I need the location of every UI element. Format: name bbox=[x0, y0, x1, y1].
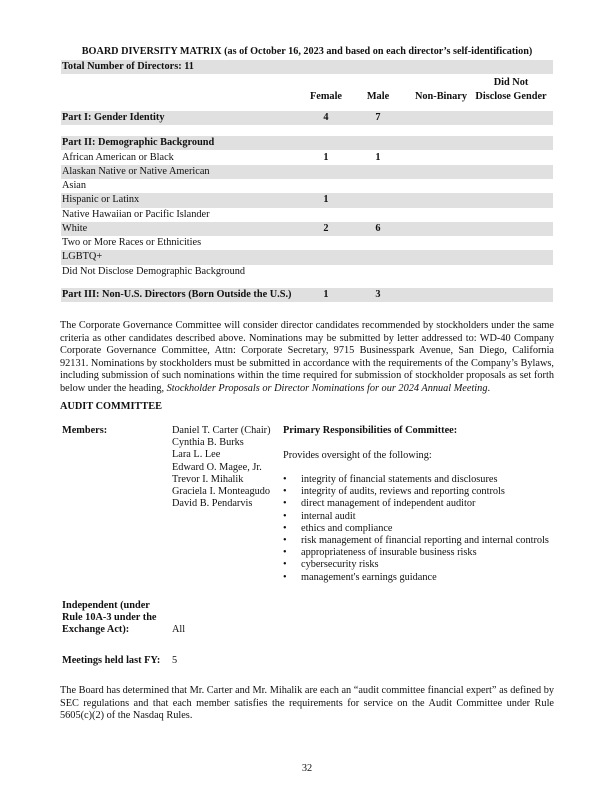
total-directors-label: Total Number of Directors: 11 bbox=[62, 60, 194, 74]
independent-value: All bbox=[172, 624, 185, 635]
demographic-male: 6 bbox=[358, 222, 398, 236]
part1-female: 4 bbox=[306, 111, 346, 125]
demographic-row: White26 bbox=[61, 222, 553, 236]
part3-male: 3 bbox=[358, 288, 398, 302]
demographic-row: Two or More Races or Ethnicities bbox=[61, 236, 553, 250]
bullet-icon: • bbox=[283, 486, 287, 498]
member-name: Trevor I. Mihalik bbox=[172, 474, 271, 486]
demographic-row: Alaskan Native or Native American bbox=[61, 165, 553, 179]
expert-paragraph: The Board has determined that Mr. Carter… bbox=[60, 685, 554, 723]
audit-committee-title: AUDIT COMMITTEE bbox=[60, 401, 162, 412]
demographic-female: 1 bbox=[306, 151, 346, 165]
page-number: 32 bbox=[0, 763, 614, 774]
demographic-row: Hispanic or Latinx1 bbox=[61, 193, 553, 207]
nominations-end: . bbox=[487, 383, 490, 394]
part3-label: Part III: Non-U.S. Directors (Born Outsi… bbox=[62, 288, 291, 302]
responsibility-text: management's earnings guidance bbox=[301, 572, 437, 583]
part3-female: 1 bbox=[306, 288, 346, 302]
demographic-row: African American or Black11 bbox=[61, 151, 553, 165]
demographic-row: LGBTQ+ bbox=[61, 250, 553, 264]
independent-label: Independent (under Rule 10A-3 under the … bbox=[62, 600, 157, 637]
nominations-paragraph: The Corporate Governance Committee will … bbox=[60, 320, 554, 396]
responsibility-item: •management's earnings guidance bbox=[283, 572, 549, 584]
responsibility-item: •integrity of audits, reviews and report… bbox=[283, 486, 549, 498]
demographic-row: Did Not Disclose Demographic Background bbox=[61, 265, 553, 279]
members-label: Members: bbox=[62, 425, 107, 437]
demographic-label: Asian bbox=[62, 179, 86, 193]
independent-label-line: Rule 10A-3 under the bbox=[62, 612, 157, 624]
col-male: Male bbox=[358, 90, 398, 104]
bullet-icon: • bbox=[283, 523, 287, 535]
demographic-label: Did Not Disclose Demographic Background bbox=[62, 265, 245, 279]
responsibility-item: •cybersecurity risks bbox=[283, 559, 549, 571]
responsibility-text: internal audit bbox=[301, 511, 356, 522]
demographic-row: Native Hawaiian or Pacific Islander bbox=[61, 208, 553, 222]
responsibility-text: integrity of audits, reviews and reporti… bbox=[301, 486, 505, 497]
demographic-female: 2 bbox=[306, 222, 346, 236]
col-non-binary: Non-Binary bbox=[406, 90, 476, 104]
responsibility-item: •direct management of independent audito… bbox=[283, 498, 549, 510]
responsibility-item: •internal audit bbox=[283, 511, 549, 523]
demographic-label: Hispanic or Latinx bbox=[62, 193, 139, 207]
independent-label-line: Independent (under bbox=[62, 600, 157, 612]
responsibility-item: •appropriateness of insurable business r… bbox=[283, 547, 549, 559]
matrix-column-headers: Female Male Non-Binary Did Not Disclose … bbox=[61, 76, 553, 106]
part1-row: Part I: Gender Identity 4 7 bbox=[61, 111, 553, 125]
demographic-label: African American or Black bbox=[62, 151, 174, 165]
matrix-title: BOARD DIVERSITY MATRIX (as of October 16… bbox=[61, 46, 553, 57]
part2-row: Part II: Demographic Background bbox=[61, 136, 553, 150]
nominations-italic-reference: Stockholder Proposals or Director Nomina… bbox=[167, 383, 488, 394]
part3-row: Part III: Non-U.S. Directors (Born Outsi… bbox=[61, 288, 553, 302]
responsibility-item: •integrity of financial statements and d… bbox=[283, 474, 549, 486]
responsibilities-title: Primary Responsibilities of Committee: bbox=[283, 425, 457, 436]
demographic-male: 1 bbox=[358, 151, 398, 165]
responsibilities-list: •integrity of financial statements and d… bbox=[283, 474, 549, 584]
bullet-icon: • bbox=[283, 511, 287, 523]
responsibility-text: cybersecurity risks bbox=[301, 559, 379, 570]
bullet-icon: • bbox=[283, 498, 287, 510]
col-did-not-disclose-line1: Did Not bbox=[469, 76, 553, 90]
bullet-icon: • bbox=[283, 474, 287, 486]
responsibility-item: •ethics and compliance bbox=[283, 523, 549, 535]
independent-label-line: Exchange Act): bbox=[62, 624, 157, 636]
demographic-label: White bbox=[62, 222, 87, 236]
col-did-not-disclose-line2: Disclose Gender bbox=[469, 90, 553, 104]
demographic-female: 1 bbox=[306, 193, 346, 207]
member-name: Daniel T. Carter (Chair) bbox=[172, 425, 271, 437]
responsibility-text: appropriateness of insurable business ri… bbox=[301, 547, 477, 558]
meetings-value: 5 bbox=[172, 655, 177, 666]
member-name: Lara L. Lee bbox=[172, 449, 271, 461]
part2-label: Part II: Demographic Background bbox=[62, 136, 214, 150]
members-list: Daniel T. Carter (Chair)Cynthia B. Burks… bbox=[172, 425, 271, 510]
bullet-icon: • bbox=[283, 572, 287, 584]
demographic-label: Native Hawaiian or Pacific Islander bbox=[62, 208, 210, 222]
demographic-label: Alaskan Native or Native American bbox=[62, 165, 210, 179]
responsibility-text: risk management of financial reporting a… bbox=[301, 535, 549, 546]
member-name: Edward O. Magee, Jr. bbox=[172, 462, 271, 474]
responsibility-text: direct management of independent auditor bbox=[301, 498, 475, 509]
bullet-icon: • bbox=[283, 535, 287, 547]
demographic-label: LGBTQ+ bbox=[62, 250, 102, 264]
bullet-icon: • bbox=[283, 547, 287, 559]
responsibility-text: integrity of financial statements and di… bbox=[301, 474, 497, 485]
total-directors-row: Total Number of Directors: 11 bbox=[61, 60, 553, 74]
member-name: David B. Pendarvis bbox=[172, 498, 271, 510]
demographic-label: Two or More Races or Ethnicities bbox=[62, 236, 201, 250]
responsibility-text: ethics and compliance bbox=[301, 523, 393, 534]
bullet-icon: • bbox=[283, 559, 287, 571]
demographic-row: Asian bbox=[61, 179, 553, 193]
responsibility-item: •risk management of financial reporting … bbox=[283, 535, 549, 547]
part1-male: 7 bbox=[358, 111, 398, 125]
member-name: Graciela I. Monteagudo bbox=[172, 486, 271, 498]
col-female: Female bbox=[306, 90, 346, 104]
member-name: Cynthia B. Burks bbox=[172, 437, 271, 449]
meetings-label: Meetings held last FY: bbox=[62, 655, 160, 667]
part1-label: Part I: Gender Identity bbox=[62, 111, 164, 125]
responsibilities-intro: Provides oversight of the following: bbox=[283, 450, 432, 461]
